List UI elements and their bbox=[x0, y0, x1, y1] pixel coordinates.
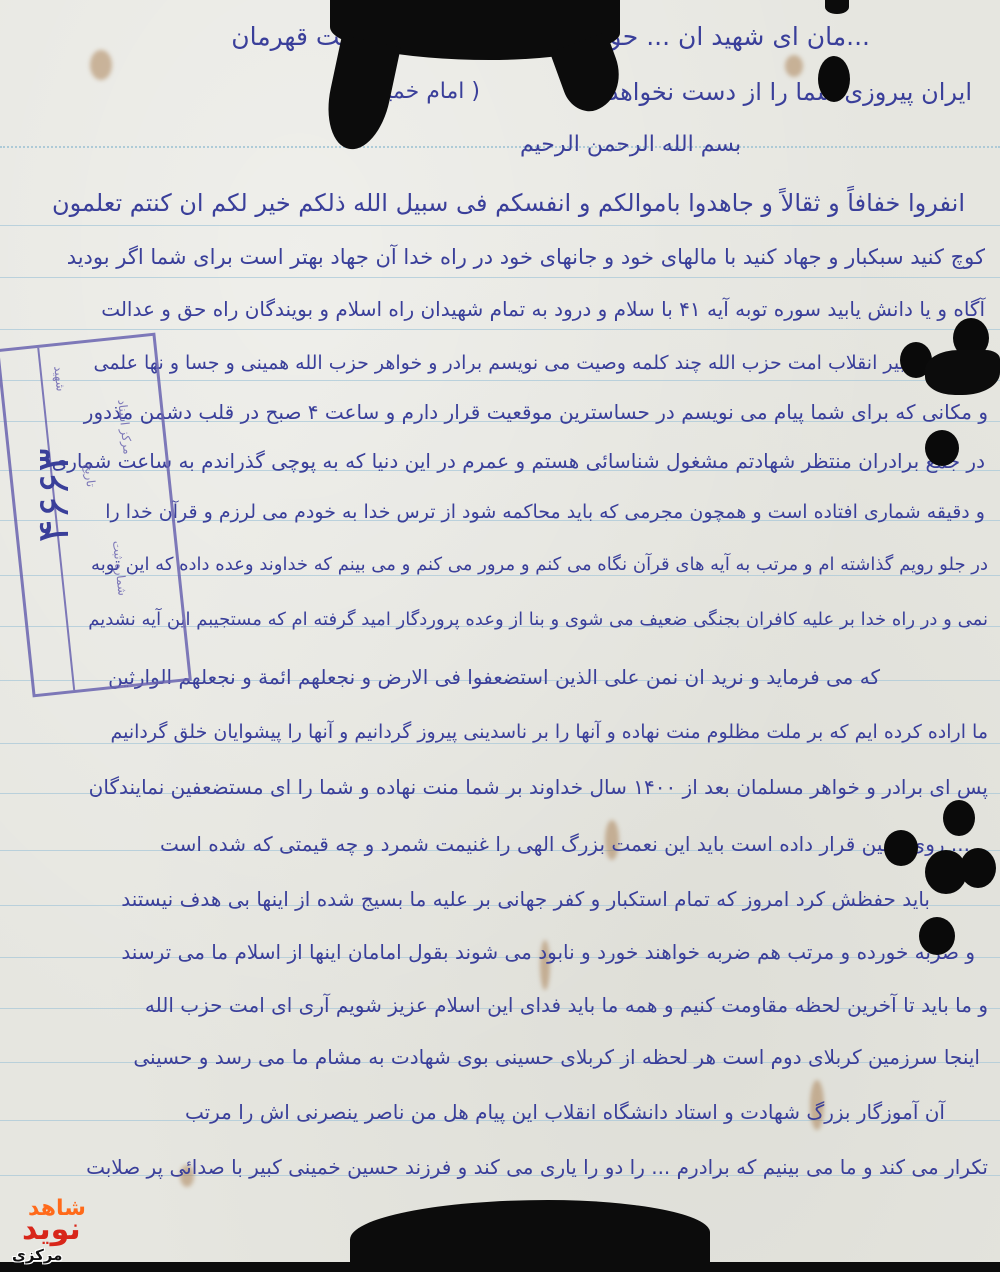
body-line: که می فرماید و نرید ان نمن علی الذین است… bbox=[108, 660, 880, 694]
stamp-text: تاریخ bbox=[82, 463, 98, 488]
body-line: باید حفظش کرد امروز که تمام استکبار و کف… bbox=[121, 882, 930, 916]
burn-hole bbox=[919, 917, 955, 955]
stamp-number: ۴۶۶۳ bbox=[28, 448, 79, 543]
body-line: آگاه و یا دانش یابید سوره توبه آیه ۴۱ با… bbox=[101, 292, 985, 326]
logo-text-bottom: مرکزی bbox=[12, 1246, 62, 1264]
body-line: کوچ کنید سبکبار و جهاد کنید با مالهای خو… bbox=[67, 240, 985, 274]
body-line: نمی و در راه خدا بر علیه کافران بجنگی ضع… bbox=[88, 603, 988, 637]
burn-hole bbox=[818, 56, 850, 102]
watermark-logo: شاهد نوید مرکزی bbox=[10, 1196, 80, 1266]
burn-hole bbox=[884, 830, 918, 866]
body-line: ... روی زمین قرار داده است باید این نعمت… bbox=[160, 827, 970, 861]
body-line: آن آموزگار بزرگ شهادت و استاد دانشگاه ان… bbox=[185, 1095, 945, 1129]
burn-hole bbox=[825, 0, 849, 14]
body-line: انفروا خفافاً و ثقالاً و جاهدوا باموالکم… bbox=[52, 186, 965, 220]
body-line: در جمع برادران منتظر شهادتم مشغول شناسائ… bbox=[52, 444, 985, 478]
stain bbox=[785, 55, 803, 77]
scanned-letter-page: ...مان ای شهید ان ... حق تعالی آسوده ...… bbox=[0, 0, 1000, 1272]
logo-text-main: نوید bbox=[22, 1212, 81, 1247]
body-line: و ضربه خورده و مرتب هم ضربه خواهند خورد … bbox=[121, 935, 975, 969]
burn-hole bbox=[943, 800, 975, 836]
stamp-text: شماره ثبت bbox=[110, 540, 130, 596]
header-line-2: ایران پیروزی شما را از دست نخواهد داد bbox=[572, 75, 972, 109]
body-line: پس ای برادر و خواهر مسلمان بعد از ۱۴۰۰ س… bbox=[89, 770, 988, 804]
stain bbox=[90, 50, 112, 80]
body-line: و مکانی که برای شما پیام می نویسم در حسا… bbox=[84, 395, 988, 429]
stamp-text: شهید bbox=[51, 365, 68, 392]
stamp-text: مرکز اسناد bbox=[115, 399, 135, 455]
ruled-line bbox=[0, 277, 1000, 278]
body-line: تکرار می کند و ما می بینیم که برادرم ...… bbox=[86, 1150, 988, 1184]
ruled-line bbox=[0, 225, 1000, 226]
basmala: بسم الله الرحمن الرحیم bbox=[520, 128, 741, 162]
body-line: در جلو رویم گذاشته ام و مرتب به آیه های … bbox=[91, 548, 988, 582]
ruled-line bbox=[0, 329, 1000, 330]
body-line: و ما باید تا آخرین لحظه مقاومت کنیم و هم… bbox=[145, 988, 988, 1022]
burn-hole bbox=[925, 350, 1000, 395]
body-line: اینجا سرزمین کربلای دوم است هر لحظه از ک… bbox=[133, 1040, 980, 1074]
body-line: ... رهبر کبیر انقلاب امت حزب الله چند کل… bbox=[93, 346, 980, 380]
burn-hole bbox=[960, 848, 996, 888]
body-line: ما اراده کرده ایم که بر ملت مظلوم منت نه… bbox=[110, 715, 988, 749]
burn-hole bbox=[0, 1262, 1000, 1272]
burn-hole bbox=[925, 430, 959, 466]
ruled-line bbox=[0, 140, 1000, 148]
body-line: و دقیقه شماری افتاده است و همچون مجرمی ک… bbox=[105, 495, 985, 529]
